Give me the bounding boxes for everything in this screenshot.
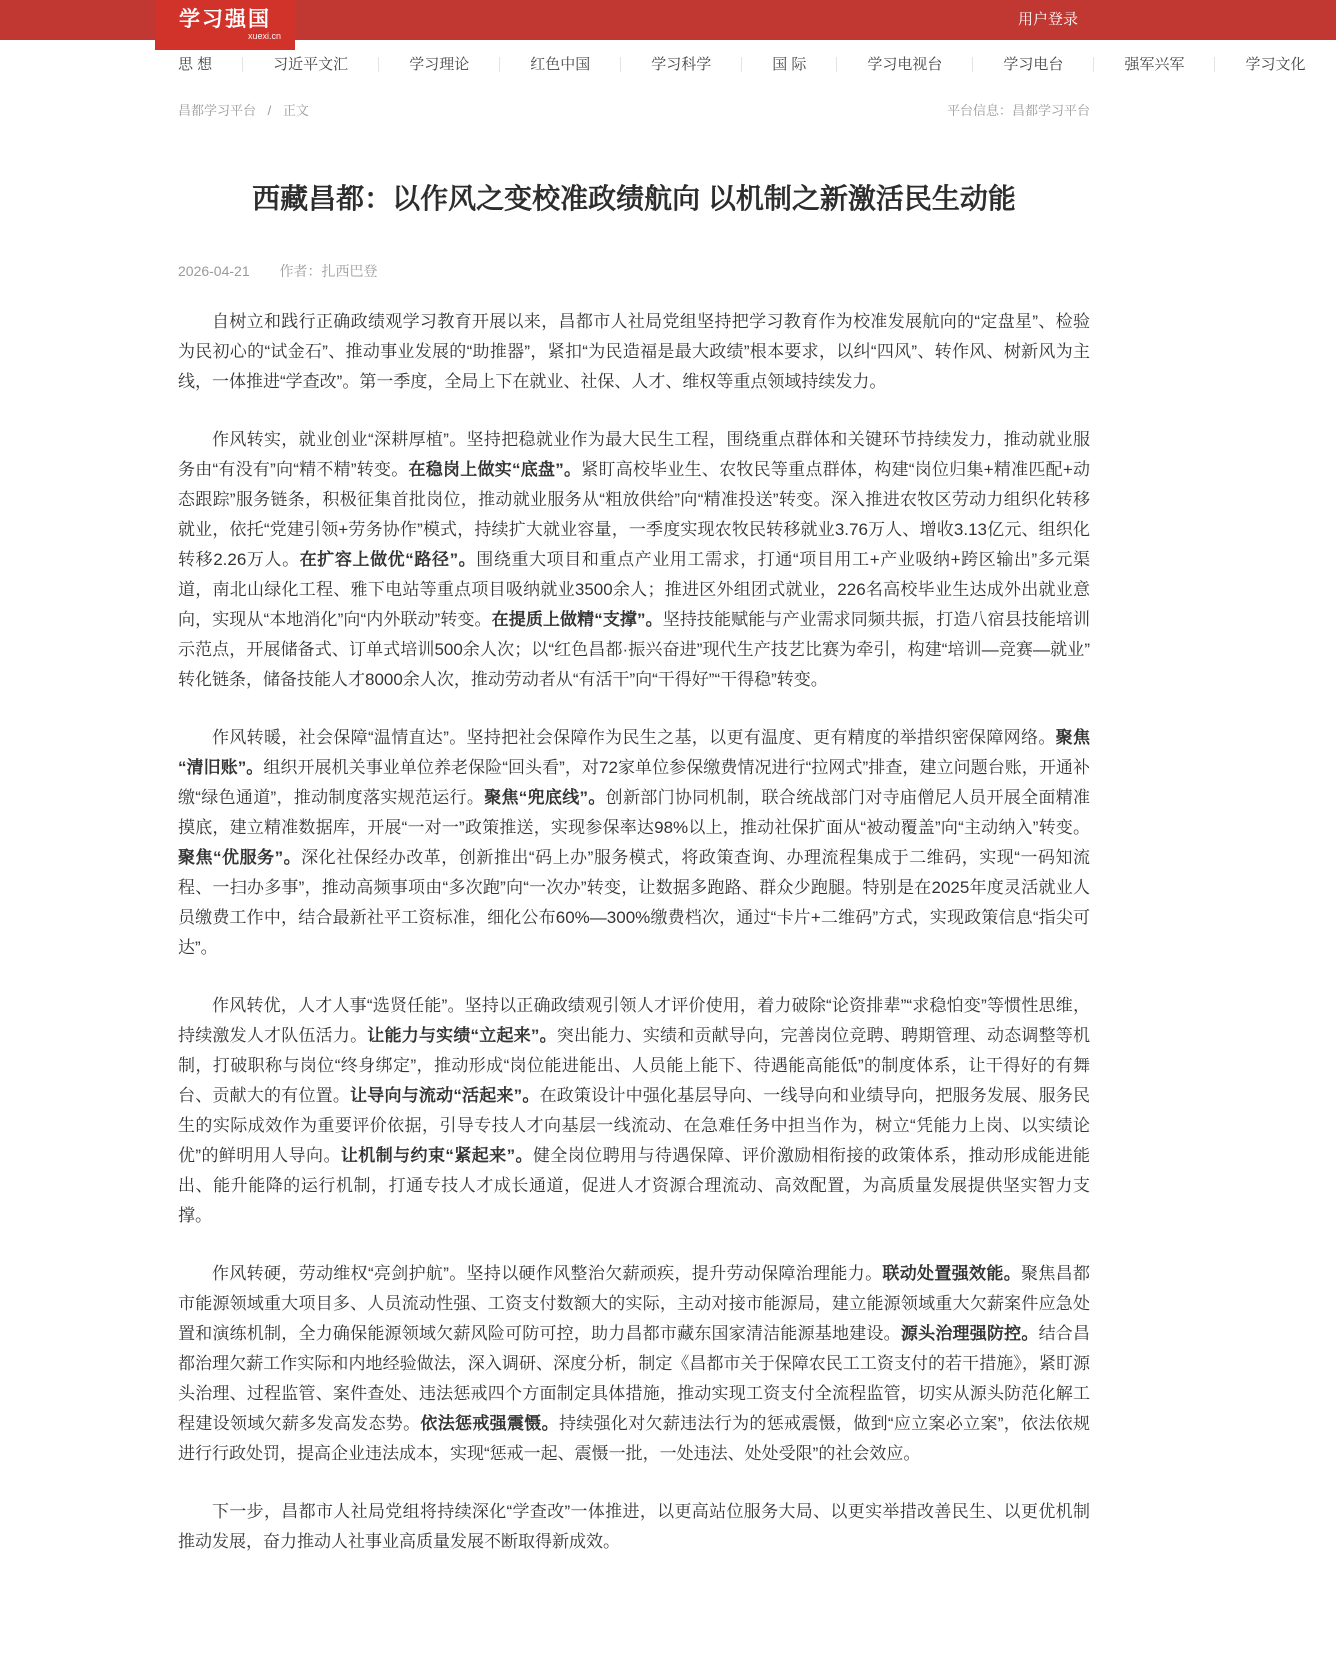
paragraph-2: 作风转实，就业创业“深耕厚植”。坚持把稳就业作为最大民生工程，围绕重点群体和关键… bbox=[178, 425, 1090, 695]
main-nav: 思 想 习近平文汇 学习理论 红色中国 学习科学 国 际 学习电视台 学习电台 … bbox=[178, 40, 1178, 88]
paragraph-text: 自树立和践行正确政绩观学习教育开展以来，昌都市人社局党组坚持把学习教育作为校准发… bbox=[178, 312, 1090, 391]
author: 作者：扎西巴登 bbox=[280, 263, 378, 279]
article-title: 西藏昌都：以作风之变校准政绩航向 以机制之新激活民生动能 bbox=[239, 175, 1029, 223]
paragraph-bold-text: 让导向与流动“活起来”。 bbox=[350, 1086, 540, 1105]
article-body: 自树立和践行正确政绩观学习教育开展以来，昌都市人社局党组坚持把学习教育作为校准发… bbox=[178, 307, 1090, 1557]
paragraph-3: 作风转暖，社会保障“温情直达”。坚持把社会保障作为民生之基，以更有温度、更有精度… bbox=[178, 723, 1090, 963]
breadcrumb-current: 正文 bbox=[283, 103, 309, 118]
nav-item-thought[interactable]: 思 想 bbox=[178, 57, 243, 72]
paragraph-1: 自树立和践行正确政绩观学习教育开展以来，昌都市人社局党组坚持把学习教育作为校准发… bbox=[178, 307, 1090, 397]
paragraph-text: 作风转硬，劳动维权“亮剑护航”。坚持以硬作风整治欠薪顽疾，提升劳动保障治理能力。 bbox=[212, 1264, 882, 1283]
nav-item-strong-army[interactable]: 强军兴军 bbox=[1094, 57, 1215, 72]
nav-item-study-tv[interactable]: 学习电视台 bbox=[837, 57, 973, 72]
breadcrumb: 昌都学习平台 / 正文 bbox=[178, 100, 309, 119]
user-login-button[interactable]: 用户登录 bbox=[1018, 0, 1078, 40]
xuexi-logo[interactable]: 学习强国 xuexi.cn bbox=[155, 0, 295, 50]
paragraph-text: 作风转暖，社会保障“温情直达”。坚持把社会保障作为民生之基，以更有温度、更有精度… bbox=[212, 728, 1056, 747]
paragraph-text: 下一步，昌都市人社局党组将持续深化“学查改”一体推进，以更高站位服务大局、以更实… bbox=[178, 1502, 1090, 1551]
article: 西藏昌都：以作风之变校准政绩航向 以机制之新激活民生动能 2026-04-21 … bbox=[178, 175, 1090, 1655]
top-red-bar: 学习强国 xuexi.cn 用户登录 bbox=[0, 0, 1336, 40]
nav-item-red-china[interactable]: 红色中国 bbox=[500, 57, 621, 72]
paragraph-bold-text: 让机制与约束“紧起来”。 bbox=[341, 1146, 533, 1165]
page: { "colors": { "brand_bar_red": "#c03831"… bbox=[0, 0, 1336, 1655]
breadcrumb-separator: / bbox=[268, 103, 272, 118]
nav-item-xi-works[interactable]: 习近平文汇 bbox=[243, 57, 379, 72]
paragraph-bold-text: 源头治理强防控。 bbox=[901, 1324, 1039, 1343]
paragraph-bold-text: 在扩容上做优“路径”。 bbox=[300, 550, 477, 569]
paragraph-bold-text: 让能力与实绩“立起来”。 bbox=[367, 1026, 557, 1045]
paragraph-bold-text: 在稳岗上做实“底盘”。 bbox=[409, 460, 582, 479]
paragraph-6: 下一步，昌都市人社局党组将持续深化“学查改”一体推进，以更高站位服务大局、以更实… bbox=[178, 1497, 1090, 1557]
nav-item-study-culture[interactable]: 学习文化 bbox=[1215, 57, 1335, 72]
paragraph-bold-text: 聚焦“优服务”。 bbox=[178, 848, 301, 867]
paragraph-text: 深化社保经办改革，创新推出“码上办”服务模式，将政策查询、办理流程集成于二维码，… bbox=[178, 848, 1090, 957]
nav-item-study-theory[interactable]: 学习理论 bbox=[379, 57, 500, 72]
breadcrumb-row: 昌都学习平台 / 正文 平台信息：昌都学习平台 bbox=[178, 88, 1090, 127]
logo-text: 学习强国 bbox=[179, 9, 271, 31]
platform-info: 平台信息：昌都学习平台 bbox=[947, 100, 1090, 119]
nav-item-study-radio[interactable]: 学习电台 bbox=[973, 57, 1094, 72]
breadcrumb-platform-link[interactable]: 昌都学习平台 bbox=[178, 103, 256, 118]
paragraph-bold-text: 依法惩戒强震慑。 bbox=[420, 1414, 559, 1433]
paragraph-4: 作风转优，人才人事“选贤任能”。坚持以正确政绩观引领人才评价使用，着力破除“论资… bbox=[178, 991, 1090, 1231]
paragraph-5: 作风转硬，劳动维权“亮剑护航”。坚持以硬作风整治欠薪顽疾，提升劳动保障治理能力。… bbox=[178, 1259, 1090, 1469]
nav-item-study-science[interactable]: 学习科学 bbox=[621, 57, 742, 72]
paragraph-bold-text: 在提质上做精“支撑”。 bbox=[492, 610, 663, 629]
paragraph-bold-text: 联动处置强效能。 bbox=[882, 1264, 1021, 1283]
logo-domain-text: xuexi.cn bbox=[248, 31, 281, 41]
nav-item-international[interactable]: 国 际 bbox=[742, 57, 837, 72]
publish-date: 2026-04-21 bbox=[178, 263, 250, 279]
article-meta: 2026-04-21 作者：扎西巴登 bbox=[178, 261, 1090, 281]
paragraph-bold-text: 聚焦“兜底线”。 bbox=[484, 788, 605, 807]
